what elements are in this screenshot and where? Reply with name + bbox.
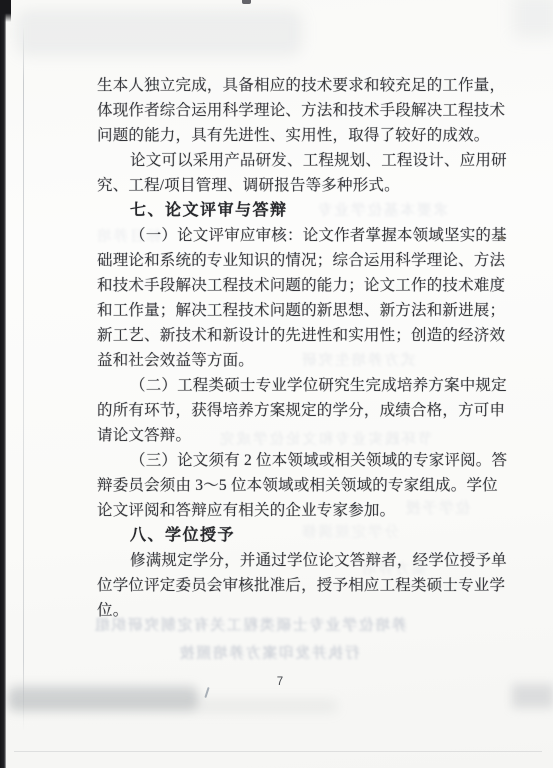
- document-text-line: 论文评阅和答辩应有相关的企业专家参加。: [97, 498, 505, 523]
- section-heading: 八、学位授予: [97, 523, 505, 548]
- document-text-line: 体现作者综合运用科学理论、方法和技术手段解决工程技术: [97, 98, 505, 123]
- document-text-line: 问题的能力，具有先进性、实用性，取得了较好的成效。: [97, 123, 505, 148]
- scan-shading-top-right: [513, 0, 553, 38]
- document-text-line: 位。: [97, 598, 505, 623]
- document-text-line: （一）论文评审应审核：论文作者掌握本领域坚实的基: [97, 223, 505, 248]
- document-text-line: 请论文答辩。: [97, 423, 505, 448]
- scan-smudge-bottom-right: [512, 684, 553, 708]
- scan-mark-top: [242, 0, 251, 4]
- bleedthrough-text: 行执并发印案方养培照按: [178, 642, 360, 663]
- scanned-document-page: 求要本基位学业专 标目养培 式方养培生究研 节环践实业专和文论位学成完 位学予授…: [0, 0, 553, 768]
- document-text-line: （二）工程类硕士专业学位研究生完成培养方案中规定: [97, 373, 505, 398]
- page-number: 7: [268, 676, 292, 688]
- document-text-line: 辩委员会须由 3～5 位本领域或相关领域的专家组成。学位: [97, 473, 505, 498]
- document-text-line: 修满规定学分，并通过学位论文答辩者，经学位授予单: [97, 548, 505, 573]
- document-text-line: 的所有环节，获得培养方案规定的学分，成绩合格，方可申: [97, 398, 505, 423]
- document-text-line: 究、工程/项目管理、调研报告等多种形式。: [97, 173, 505, 198]
- scan-smudge-bottom-left-faint: [8, 700, 338, 712]
- ink-speck: [500, 236, 504, 240]
- paper-edge-shadow-line: [14, 751, 542, 752]
- section-heading: 七、论文评审与答辩: [97, 198, 505, 223]
- document-body: 生本人独立完成，具备相应的技术要求和较充足的工作量，体现作者综合运用科学理论、方…: [97, 73, 505, 623]
- scanner-edge-strip: [0, 0, 6, 768]
- document-text-line: 益和社会效益等方面。: [97, 348, 505, 373]
- document-text-line: 新工艺、新技术和新设计的先进性和实用性；创造的经济效: [97, 323, 505, 348]
- document-text-line: 和技术手段解决工程技术问题的能力；论文工作的技术难度: [97, 273, 505, 298]
- scanner-edge-corner: [0, 0, 11, 22]
- scan-shading-top-left: [16, 10, 302, 56]
- document-text-line: （三）论文须有 2 位本领域或相关领域的专家评阅。答: [97, 448, 505, 473]
- document-text-line: 生本人独立完成，具备相应的技术要求和较充足的工作量，: [97, 73, 505, 98]
- document-text-line: 和工作量；解决工程技术问题的新思想、新方法和新进展；: [97, 298, 505, 323]
- document-text-line: 础理论和系统的专业知识的情况；综合运用科学理论、方法: [97, 248, 505, 273]
- pen-mark-bottom: [204, 687, 209, 698]
- paper-crease-line: [23, 26, 24, 732]
- document-text-line: 论文可以采用产品研发、工程规划、工程设计、应用研: [97, 148, 505, 173]
- document-text-line: 位学位评定委员会审核批准后，授予相应工程类硕士专业学: [97, 573, 505, 598]
